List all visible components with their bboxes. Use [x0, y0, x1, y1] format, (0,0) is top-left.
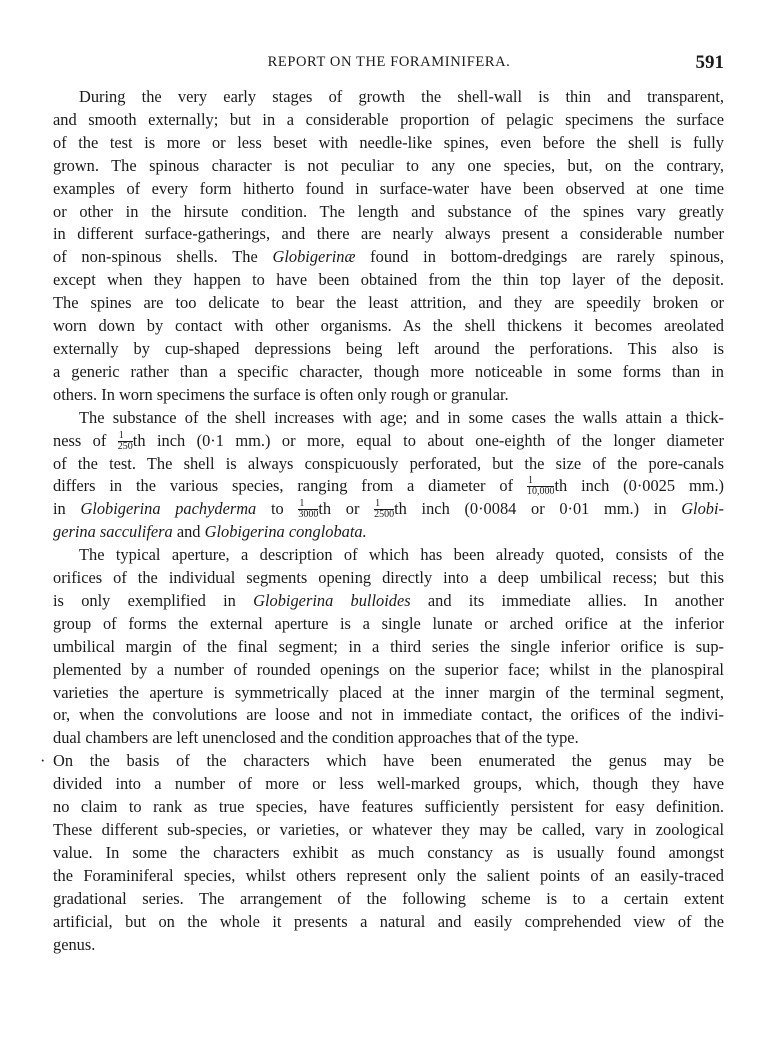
text-line: examples of every form hitherto found in… — [53, 178, 724, 201]
text-segment: th inch (0·1 mm.) or more, equal to abou… — [133, 431, 724, 450]
text-line: On the basis of the characters which hav… — [53, 750, 724, 773]
paragraph-spines: During the very early stages of growth t… — [53, 86, 724, 407]
fraction: 13000 — [298, 499, 318, 520]
text-line: dual chambers are left unenclosed and th… — [53, 727, 724, 750]
italic-taxon: Globigerina pachyderma — [80, 499, 256, 518]
text-line: except when they happen to have been obt… — [53, 269, 724, 292]
italic-taxon: Globi- — [681, 499, 724, 518]
text-line: During the very early stages of growth t… — [53, 86, 724, 109]
text-line: divided into a number of more or less we… — [53, 773, 724, 796]
running-title: REPORT ON THE FORAMINIFERA. — [54, 54, 724, 71]
document-page: REPORT ON THE FORAMINIFERA. 591 During t… — [0, 0, 776, 1050]
text-line: differs in the various species, ranging … — [53, 475, 724, 498]
text-segment: and its immediate allies. In another — [411, 591, 724, 610]
text-line: value. In some the characters exhibit as… — [53, 842, 724, 865]
text-segment: found in bottom-dredgings are rarely spi… — [355, 247, 724, 266]
text-line: artificial, but on the whole it presents… — [53, 911, 724, 934]
text-segment: is only exemplified in — [53, 591, 253, 610]
text-line: worn down by contact with other organism… — [53, 315, 724, 338]
text-line: The spines are too delicate to bear the … — [53, 292, 724, 315]
text-segment: ness of — [53, 431, 118, 450]
text-line: the Foraminiferal species, whilst others… — [53, 865, 724, 888]
text-segment: of non-spinous shells. The — [53, 247, 273, 266]
fraction-denominator: 3000 — [298, 510, 318, 520]
text-line: or, when the convolutions are loose and … — [53, 704, 724, 727]
page-number: 591 — [696, 52, 725, 74]
fraction: 110,000 — [527, 476, 555, 497]
text-line: of the test is more or less beset with n… — [53, 132, 724, 155]
text-segment: th inch (0·0084 or 0·01 mm.) in — [394, 499, 681, 518]
text-line: gradational series. The arrangement of t… — [53, 888, 724, 911]
text-line: varieties the aperture is symmetrically … — [53, 682, 724, 705]
paragraph-classification: · On the basis of the characters which h… — [53, 750, 724, 956]
text-line: ness of 1250th inch (0·1 mm.) or more, e… — [53, 430, 724, 453]
text-line: and smooth externally; but in a consider… — [53, 109, 724, 132]
text-line: no claim to rank as true species, have f… — [53, 796, 724, 819]
text-line: The substance of the shell increases wit… — [53, 407, 724, 430]
text-segment: to — [256, 499, 298, 518]
italic-taxon: Globigerina bulloides — [253, 591, 410, 610]
fraction-denominator: 250 — [118, 442, 133, 452]
text-line: others. In worn specimens the surface is… — [53, 384, 724, 407]
text-line: The typical aperture, a description of w… — [53, 544, 724, 567]
paragraph-shell-substance: The substance of the shell increases wit… — [53, 407, 724, 544]
text-line: of non-spinous shells. The Globigerinæ f… — [53, 246, 724, 269]
fraction-denominator: 2500 — [374, 510, 394, 520]
text-line: genus. — [53, 934, 724, 957]
text-line: externally by cup-shaped depressions bei… — [53, 338, 724, 361]
running-header: REPORT ON THE FORAMINIFERA. 591 — [54, 52, 724, 74]
text-segment: in — [53, 499, 80, 518]
italic-taxon: Globigerina conglobata. — [205, 522, 367, 541]
text-line: or other in the hirsute condition. The l… — [53, 201, 724, 224]
italic-taxon: Globigerinæ — [273, 247, 356, 266]
fraction: 12500 — [374, 499, 394, 520]
text-line: umbilical margin of the final segment; i… — [53, 636, 724, 659]
text-line: a generic rather than a specific charact… — [53, 361, 724, 384]
body-text: During the very early stages of growth t… — [53, 86, 724, 956]
fraction-numerator: 1 — [118, 431, 133, 442]
fraction: 1250 — [118, 431, 133, 452]
text-line: in Globigerina pachyderma to 13000th or … — [53, 498, 724, 521]
text-line: of the test. The shell is always conspic… — [53, 453, 724, 476]
text-line: in different surface-gatherings, and the… — [53, 223, 724, 246]
text-segment: and — [173, 522, 205, 541]
stray-print-mark: · — [40, 750, 45, 773]
text-line: group of forms the external aperture is … — [53, 613, 724, 636]
text-line: orifices of the individual segments open… — [53, 567, 724, 590]
fraction-denominator: 10,000 — [527, 487, 555, 497]
text-segment: th or — [318, 499, 374, 518]
italic-taxon: gerina sacculifera — [53, 522, 173, 541]
text-segment: differs in the various species, ranging … — [53, 476, 527, 495]
text-line: grown. The spinous character is not pecu… — [53, 155, 724, 178]
paragraph-aperture: The typical aperture, a description of w… — [53, 544, 724, 750]
text-line: is only exemplified in Globigerina bullo… — [53, 590, 724, 613]
text-line: These different sub-species, or varietie… — [53, 819, 724, 842]
text-line: gerina sacculifera and Globigerina congl… — [53, 521, 724, 544]
text-segment: th inch (0·0025 mm.) — [554, 476, 724, 495]
text-line: plemented by a number of rounded opening… — [53, 659, 724, 682]
